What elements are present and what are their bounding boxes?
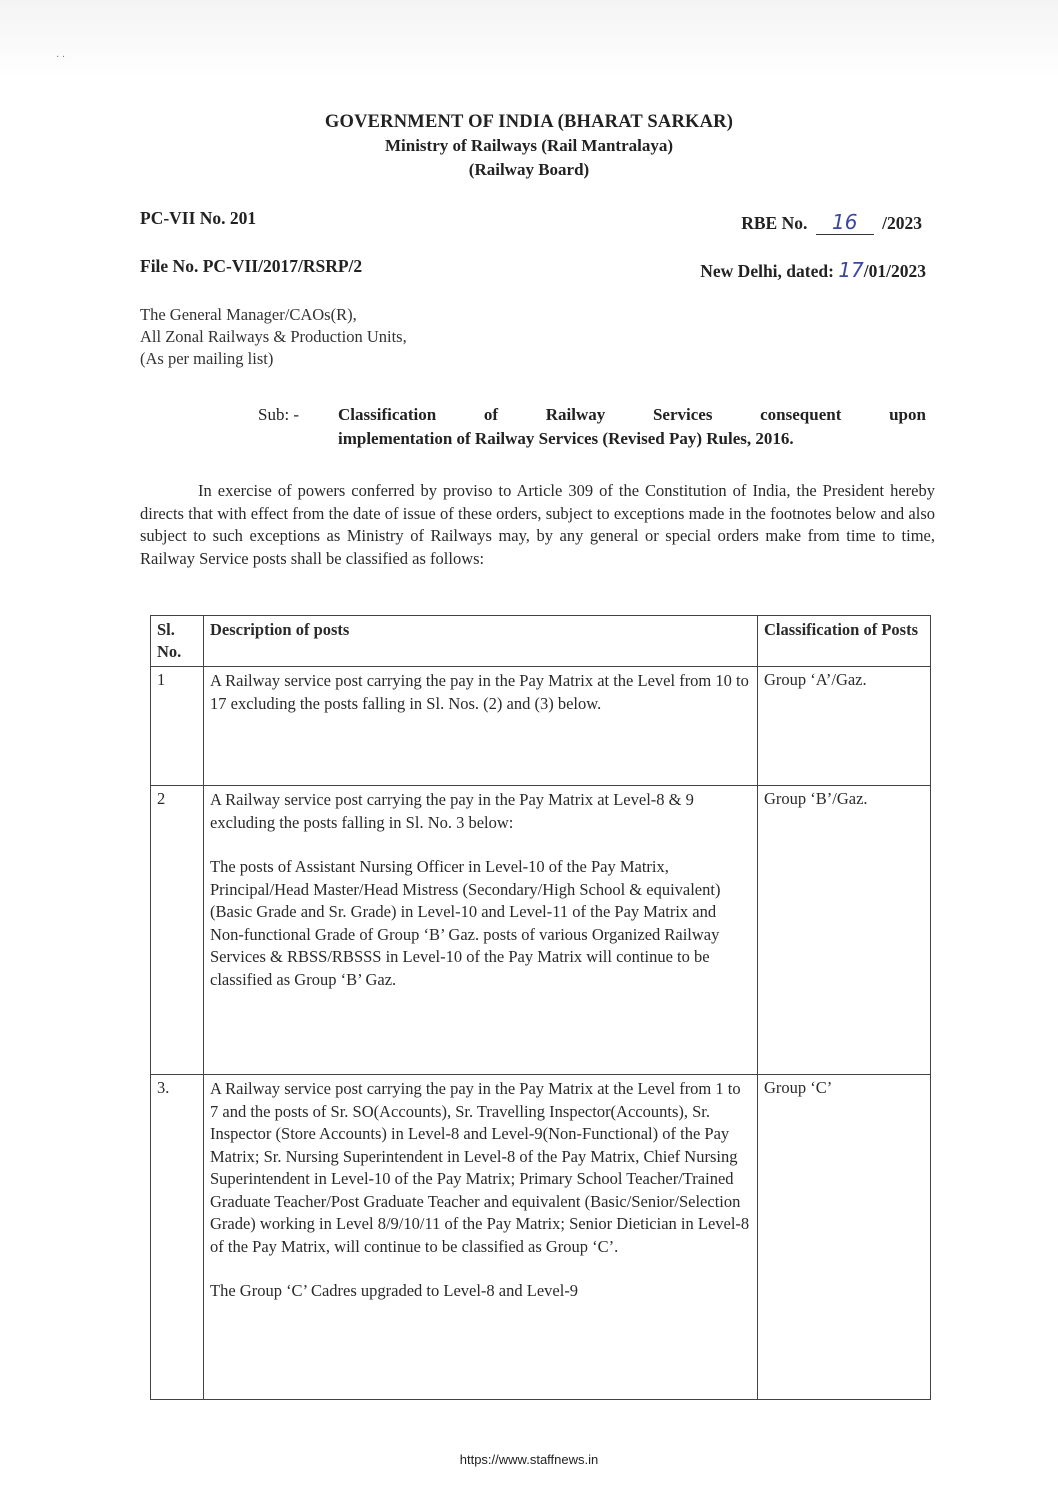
cell-classification: Group ‘A’/Gaz. [758, 667, 931, 786]
file-number: File No. PC-VII/2017/RSRP/2 [140, 256, 362, 277]
issue-date: New Delhi, dated: 17/01/2023 [700, 258, 926, 282]
table-header-row: Sl. No. Description of posts Classificat… [151, 616, 931, 667]
source-url[interactable]: https://www.staffnews.in [0, 1452, 1058, 1467]
letterhead-board: (Railway Board) [0, 160, 1058, 180]
table-row: 3. A Railway service post carrying the p… [151, 1075, 931, 1400]
dated-prefix: New Delhi, dated: [700, 261, 834, 281]
header-description: Description of posts [204, 616, 758, 667]
dated-handwritten-day: 17 [838, 258, 863, 282]
addressee-line: The General Manager/CAOs(R), [140, 304, 407, 326]
dated-suffix: /01/2023 [864, 261, 926, 281]
subject-line-1: Classification of Railway Services conse… [338, 403, 926, 427]
header-classification: Classification of Posts [758, 616, 931, 667]
cell-description: A Railway service post carrying the pay … [204, 667, 758, 786]
cell-sl-no: 1 [151, 667, 204, 786]
cell-sl-no: 3. [151, 1075, 204, 1400]
classification-table: Sl. No. Description of posts Classificat… [150, 615, 931, 1400]
rbe-suffix: /2023 [882, 213, 922, 233]
scan-specks: · · [56, 52, 65, 63]
cell-description: A Railway service post carrying the pay … [204, 786, 758, 1075]
rbe-handwritten-number: 16 [816, 210, 874, 235]
header-sl-no: Sl. No. [151, 616, 204, 667]
cell-description: A Railway service post carrying the pay … [204, 1075, 758, 1400]
cell-sl-no: 2 [151, 786, 204, 1075]
addressee-block: The General Manager/CAOs(R), All Zonal R… [140, 304, 407, 370]
cell-classification: Group ‘B’/Gaz. [758, 786, 931, 1075]
table-row: 1 A Railway service post carrying the pa… [151, 667, 931, 786]
letterhead-government: GOVERNMENT OF INDIA (BHARAT SARKAR) [0, 112, 1058, 133]
intro-paragraph: In exercise of powers conferred by provi… [140, 480, 935, 570]
subject-label: Sub: - [258, 403, 299, 427]
addressee-line: (As per mailing list) [140, 348, 407, 370]
cell-classification: Group ‘C’ [758, 1075, 931, 1400]
scan-bleed-through [0, 0, 1058, 80]
subject-block: Sub: - Classification of Railway Service… [258, 403, 926, 451]
table-row: 2 A Railway service post carrying the pa… [151, 786, 931, 1075]
subject-line-2: implementation of Railway Services (Revi… [338, 427, 926, 451]
rbe-prefix: RBE No. [741, 213, 807, 233]
pc-number: PC-VII No. 201 [140, 208, 256, 229]
rbe-number: RBE No. 16 /2023 [741, 210, 922, 235]
addressee-line: All Zonal Railways & Production Units, [140, 326, 407, 348]
letterhead-ministry: Ministry of Railways (Rail Mantralaya) [0, 136, 1058, 156]
